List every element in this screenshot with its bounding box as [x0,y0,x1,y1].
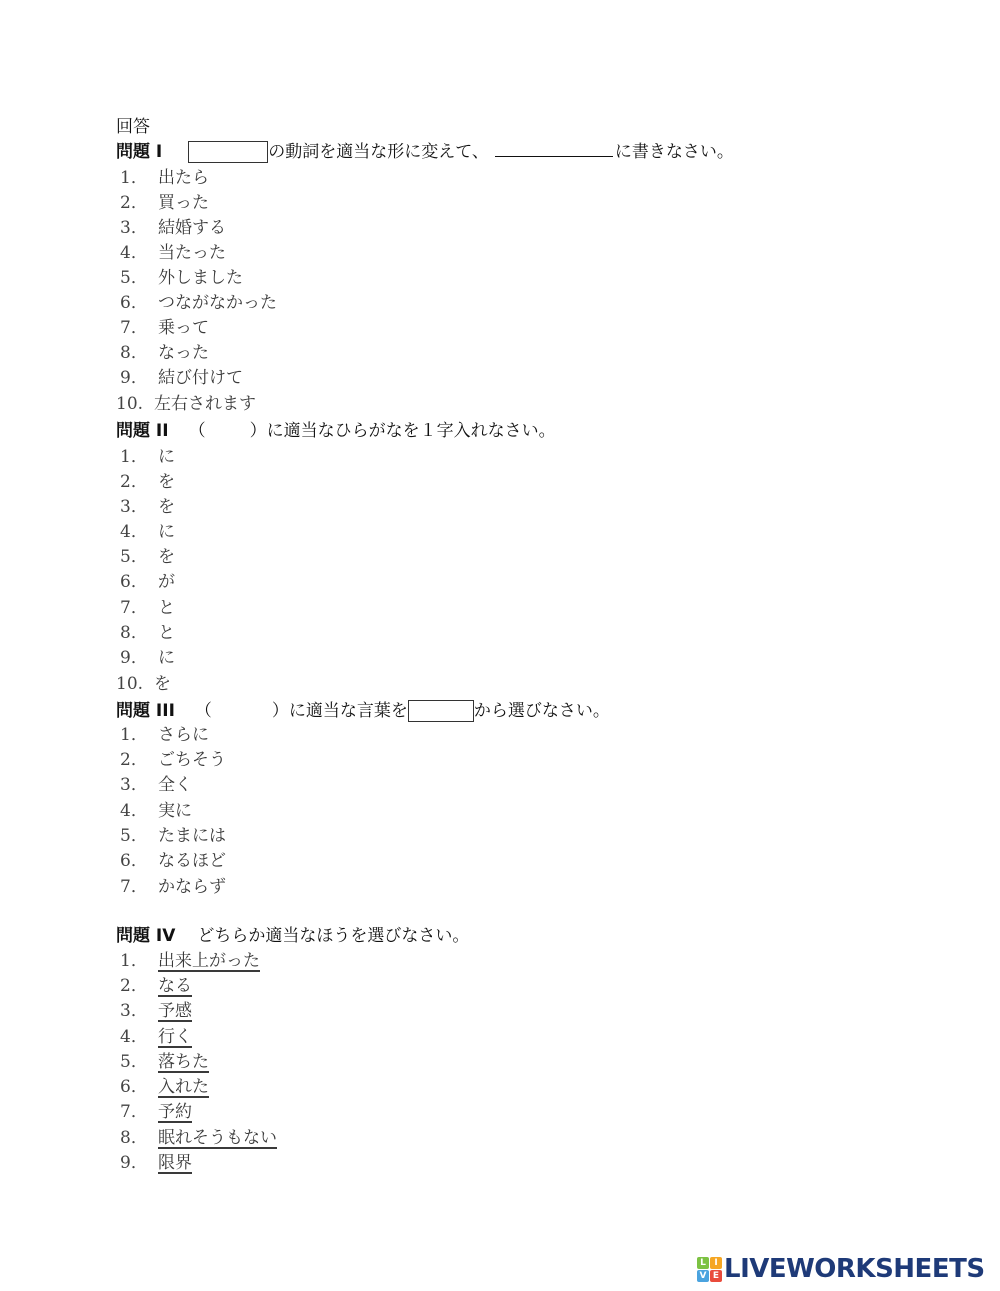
section-1-answer-1: 1．出たら [116,166,209,191]
answer-text: が [158,572,175,592]
section-3-answer-5: 5．たまには [116,824,226,849]
section-4-answer-8: 8．眠れそうもない [116,1126,277,1151]
section-3-answer-6: 6．なるほど [116,849,226,874]
item-number: 1． [116,723,158,748]
section-3-answer-1: 1．さらに [116,723,209,748]
section-1-answer-10: 10.左右されます [116,392,256,417]
answer-text: 眠れそうもない [158,1128,277,1148]
section-2-answer-5: 5．を [116,545,175,570]
item-number: 5． [116,545,158,570]
section-2-paren-close: ） [250,421,267,441]
section-1-answer-7: 7．乗って [116,316,209,341]
section-1-answer-2: 2．買った [116,191,209,216]
item-number: 2． [116,974,158,999]
section-4-label: 問題 IV [116,924,175,949]
section-1-answer-6: 6．つながなかった [116,291,277,316]
section-3-answer-2: 2．ごちそう [116,748,226,773]
section-2-paren-open: （ [189,421,206,441]
item-number: 5． [116,266,158,291]
answer-text: ごちそう [158,750,226,770]
item-number: 8． [116,341,158,366]
section-4-answer-2: 2．なる [116,974,192,999]
item-number: 4． [116,799,158,824]
logo-letter-i: I [710,1257,722,1269]
section-2-answer-3: 3．を [116,495,175,520]
item-number: 2． [116,191,158,216]
section-2-answer-9: 9．に [116,646,175,671]
section-3-answer-4: 4．実に [116,799,192,824]
section-1-answer-5: 5．外しました [116,266,243,291]
answer-text: なる [158,976,192,996]
item-number: 6． [116,849,158,874]
section-2-answer-10: 10.を [116,672,171,697]
answer-text: 結婚する [158,218,226,238]
section-1-instruction-end: に書きなさい。 [615,142,734,162]
section-4-answer-1: 1．出来上がった [116,949,260,974]
answers-title: 回答 [116,115,150,140]
section-2-answer-8: 8．と [116,621,175,646]
section-2-answer-2: 2．を [116,470,175,495]
item-number: 4． [116,1025,158,1050]
section-1-heading: 問題 Iの動詞を適当な形に変えて、に書きなさい。 [116,140,734,165]
worksheet-page: 回答 問題 Iの動詞を適当な形に変えて、に書きなさい。 1．出たら 2．買った … [0,0,1000,1291]
answer-text: を [158,472,175,492]
section-4-answer-3: 3．予感 [116,999,192,1024]
item-number: 2． [116,748,158,773]
section-1-answer-4: 4．当たった [116,241,226,266]
item-number: 7． [116,1100,158,1125]
section-3-label: 問題 III [116,699,175,724]
section-3-paren-close: ） [272,701,289,721]
item-number: 9． [116,1151,158,1176]
logo-letter-v: V [697,1270,709,1282]
answer-text: 外しました [158,268,243,288]
item-number: 9． [116,366,158,391]
answer-text: に [158,447,175,467]
logo-text: LIVEWORKSHEETS [724,1254,985,1284]
section-3-answer-7: 7．かならず [116,875,226,900]
item-number: 8． [116,1126,158,1151]
section-1-blank-line [495,140,613,157]
answer-text: たまには [158,826,226,846]
section-1-instruction: の動詞を適当な形に変えて、 [268,142,489,162]
answer-text: 当たった [158,243,226,263]
item-number: 4． [116,241,158,266]
item-number: 7． [116,316,158,341]
answer-text: 限界 [158,1153,192,1173]
answer-text: なった [158,343,209,363]
section-4-answer-7: 7．予約 [116,1100,192,1125]
section-3-word-box [408,700,474,722]
item-number: 7． [116,596,158,621]
answer-text: かならず [158,877,226,897]
item-number: 3． [116,999,158,1024]
answer-text: 落ちた [158,1052,209,1072]
answer-text: 全く [158,775,192,795]
answer-text: を [158,497,175,517]
section-2-answer-4: 4．に [116,520,175,545]
answer-text: 入れた [158,1077,209,1097]
section-3-heading: 問題 III（）に適当な言葉をから選びなさい。 [116,699,610,724]
item-number: 1． [116,949,158,974]
section-3-instruction: に適当な言葉を [289,701,408,721]
section-3-paren-open: （ [195,701,212,721]
item-number: 3． [116,773,158,798]
liveworksheets-logo: L I V E LIVEWORKSHEETS [697,1254,985,1284]
item-number: 8． [116,621,158,646]
item-number: 6． [116,291,158,316]
answer-text: 行く [158,1027,192,1047]
section-1-answer-8: 8．なった [116,341,209,366]
item-number: 2． [116,470,158,495]
item-number: 3． [116,216,158,241]
answer-text: 出来上がった [158,951,260,971]
section-4-heading: 問題 IVどちらか適当なほうを選びなさい。 [116,924,469,949]
item-number: 3． [116,495,158,520]
logo-letter-e: E [710,1270,722,1282]
item-number: 4． [116,520,158,545]
answer-text: 乗って [158,318,209,338]
answer-text: 実に [158,801,192,821]
item-number: 5． [116,1050,158,1075]
answer-text: 左右されます [154,394,256,414]
section-2-heading: 問題 II（）に適当なひらがなを１字入れなさい。 [116,419,556,444]
answer-text: 出たら [158,168,209,188]
answer-text: さらに [158,725,209,745]
item-number: 6． [116,1075,158,1100]
answer-text: を [154,674,171,694]
section-4-answer-6: 6．入れた [116,1075,209,1100]
item-number: 6． [116,570,158,595]
item-number: 5． [116,824,158,849]
section-2-answer-1: 1．に [116,445,175,470]
answer-text: 買った [158,193,209,213]
item-number: 10. [116,392,154,417]
answer-text: 予感 [158,1001,192,1021]
item-number: 1． [116,445,158,470]
section-3-answer-3: 3．全く [116,773,192,798]
section-1-answer-3: 3．結婚する [116,216,226,241]
section-2-label: 問題 II [116,419,169,444]
answer-text: と [158,598,175,618]
section-1-label: 問題 I [116,140,162,165]
section-1-answer-9: 9．結び付けて [116,366,243,391]
live-grid-icon: L I V E [697,1257,722,1282]
item-number: 7． [116,875,158,900]
section-2-answer-6: 6．が [116,570,175,595]
answer-text: に [158,522,175,542]
answer-text: つながなかった [158,293,277,313]
item-number: 1． [116,166,158,191]
answer-text: 予約 [158,1102,192,1122]
section-4-answer-9: 9．限界 [116,1151,192,1176]
answer-text: と [158,623,175,643]
section-2-instruction: に適当なひらがなを１字入れなさい。 [267,421,556,441]
logo-letter-l: L [697,1257,709,1269]
section-4-answer-4: 4．行く [116,1025,192,1050]
answer-text: に [158,648,175,668]
item-number: 10. [116,672,154,697]
answer-text: 結び付けて [158,368,243,388]
answer-text: なるほど [158,851,226,871]
section-1-verb-box [188,141,268,163]
section-2-answer-7: 7．と [116,596,175,621]
section-4-instruction: どちらか適当なほうを選びなさい。 [197,926,469,946]
item-number: 9． [116,646,158,671]
section-3-instruction-end: から選びなさい。 [474,701,610,721]
section-4-answer-5: 5．落ちた [116,1050,209,1075]
answer-text: を [158,547,175,567]
